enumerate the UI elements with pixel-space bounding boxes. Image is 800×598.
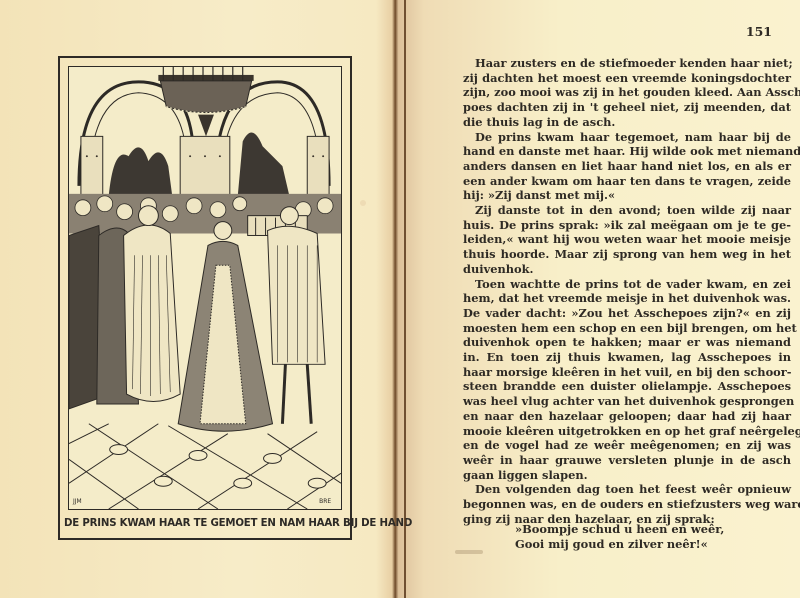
text-line: duivenhok. <box>463 262 791 277</box>
paper-mark <box>455 550 483 554</box>
text-line: was heel vlug achter van het duivenhok g… <box>463 394 791 409</box>
text-line: zijn, zoo mooi was zij in het gouden kle… <box>463 85 791 100</box>
story-text: Haar zusters en de stiefmoeder kenden ha… <box>463 56 791 527</box>
text-line: in. En toen zij thuis kwamen, lag Assche… <box>463 350 791 365</box>
svg-text:JJM: JJM <box>72 498 82 505</box>
text-line: mooie kleêren uitgetrokken en op het gra… <box>463 424 791 439</box>
illustration: JJM BRE <box>68 66 342 510</box>
text-line: anders dansen en liet haar hand niet los… <box>463 159 791 174</box>
ballroom-illustration-image: JJM BRE <box>69 67 341 509</box>
book-spread: JJM BRE De prins kwam haar te gemoet en … <box>0 0 800 598</box>
text-line: hem, dat het vreemde meisje in het duive… <box>463 291 791 306</box>
paper-stain <box>360 200 366 206</box>
verse: »Boompje schud u heen en weêr, Gooi mij … <box>515 522 724 552</box>
text-line: begonnen was, en de ouders en stiefzuste… <box>463 497 791 512</box>
text-line: Den volgenden dag toen het feest weêr op… <box>463 482 791 497</box>
page-number: 151 <box>746 24 772 39</box>
text-line: Zij danste tot in den avond; toen wilde … <box>463 203 791 218</box>
text-line: poes dachten zij in 't geheel niet, zij … <box>463 100 791 115</box>
text-line: die thuis lag in de asch. <box>463 115 791 130</box>
text-line: en naar den hazelaar geloopen; daar had … <box>463 409 791 424</box>
text-line: Toen wachtte de prins tot de vader kwam,… <box>463 277 791 292</box>
text-line: De vader dacht: »Zou het Asschepoes zijn… <box>463 306 791 321</box>
text-line: huis. De prins sprak: »ik zal meëgaan om… <box>463 218 791 233</box>
text-line: leiden,« want hij wou weten waar het moo… <box>463 232 791 247</box>
text-line: De prins kwam haar tegemoet, nam haar bi… <box>463 130 791 145</box>
verse-line-1: »Boompje schud u heen en weêr, <box>515 522 724 537</box>
text-line: moesten hem een schop en een bijl brenge… <box>463 321 791 336</box>
svg-text:BRE: BRE <box>319 498 331 505</box>
verse-line-2: Gooi mij goud en zilver neêr!« <box>515 537 724 552</box>
text-line: thuis hoorde. Maar zij sprong van hem we… <box>463 247 791 262</box>
illustration-plate: JJM BRE De prins kwam haar te gemoet en … <box>58 56 352 540</box>
left-page: JJM BRE De prins kwam haar te gemoet en … <box>0 0 405 598</box>
text-line: haar morsige kleêren in het vuil, en bij… <box>463 365 791 380</box>
text-line: hand en danste met haar. Hij wilde ook m… <box>463 144 791 159</box>
text-line: Haar zusters en de stiefmoeder kenden ha… <box>463 56 791 71</box>
text-line: steen brandde een duister olielampje. As… <box>463 379 791 394</box>
text-line: een ander kwam om haar ten dans te vrage… <box>463 174 791 189</box>
illustration-caption: De prins kwam haar te gemoet en nam haar… <box>64 515 346 533</box>
text-line: hij: »Zij danst met mij.« <box>463 188 791 203</box>
text-line: gaan liggen slapen. <box>463 468 791 483</box>
text-line: weêr in haar grauwe versleten plunje in … <box>463 453 791 468</box>
text-line: en de vogel had ze weêr meêgenomen; en z… <box>463 438 791 453</box>
text-line: duivenhok open te hakken; maar er was ni… <box>463 335 791 350</box>
text-line: zij dachten het moest een vreemde koning… <box>463 71 791 86</box>
